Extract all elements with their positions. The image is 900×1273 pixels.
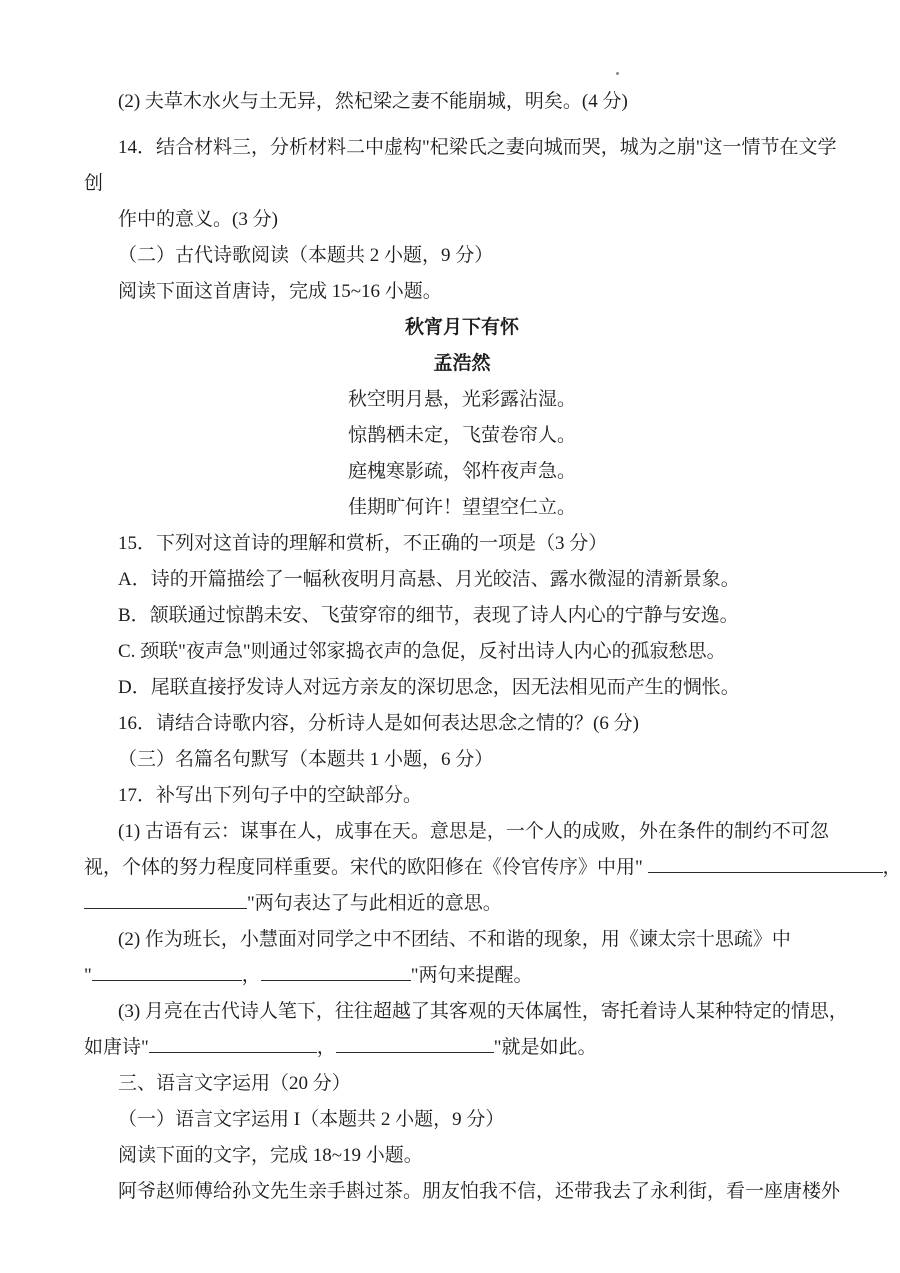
q15-option-a: A．诗的开篇描绘了一幅秋夜明月高悬、月光皎洁、露水微湿的清新景象。 [84,562,840,598]
q17-part3-answer-blank-2 [336,1035,494,1053]
q15-option-b: B．颔联通过惊鹊未安、飞萤穿帘的细节，表现了诗人内心的宁静与安逸。 [84,598,840,634]
q17-part2-answer-blank-1 [92,963,242,981]
poem-line-3: 庭槐寒影疏，邻杵夜声急。 [84,454,840,490]
q17-stem: 17．补写出下列句子中的空缺部分。 [84,778,840,814]
q14-stem-line3: 作中的意义。(3 分) [84,202,840,238]
q17-part1-line3: "两句表达了与此相近的意思。 [84,886,840,922]
q17-part1-line3-text: "两句表达了与此相近的意思。 [247,893,502,914]
q17-part3-answer-blank-1 [149,1035,317,1053]
poem-intro: 阅读下面这首唐诗，完成 15~16 小题。 [84,274,840,310]
q15-option-d: D．尾联直接抒发诗人对远方亲友的深切思念，因无法相见而产生的惆怅。 [84,670,840,706]
q17-part3-line2-text: "就是如此。 [494,1037,597,1058]
q17-part1-line2-text: 视，个体的努力程度同样重要。宋代的欧阳修在《伶官传序》中用" [84,857,648,878]
q17-part1-line1: (1) 古语有云：谋事在人，成事在天。意思是，一个人的成败，外在条件的制约不可忽 [84,814,840,850]
scan-artifact-dot [616,72,619,75]
q17-part2-line2: "，"两句来提醒。 [84,958,840,994]
section3-header: （三）名篇名句默写（本题共 1 小题，6 分） [84,742,840,778]
poem-line-1: 秋空明月悬，光彩露沾湿。 [84,382,840,418]
q17-part1-answer-blank-1 [648,855,883,873]
q17-part1-line2-comma: ， [883,857,900,878]
q17-part2-line1: (2) 作为班长，小慧面对同学之中不团结、不和谐的现象，用《谏太宗十思疏》中 [84,922,840,958]
q17-part2-answer-blank-2 [261,963,411,981]
q17-part1-line2: 视，个体的努力程度同样重要。宋代的欧阳修在《伶官传序》中用" ， [84,850,840,886]
part-one-header: （一）语言文字运用 I（本题共 2 小题，9 分） [84,1102,840,1138]
section2-header: （二）古代诗歌阅读（本题共 2 小题，9 分） [84,238,840,274]
q14-stem-line1: 14．结合材料三，分析材料二中虚构"杞梁氏之妻向城而哭，城为之崩"这一情节在文学 [84,130,840,166]
section-three-header: 三、语言文字运用（20 分） [84,1066,840,1102]
q17-part3-line1: (3) 月亮在古代诗人笔下，往往超越了其客观的天体属性，寄托着诗人某种特定的情思… [84,994,840,1030]
poem-line-2: 惊鹊栖未定，飞萤卷帘人。 [84,418,840,454]
poem-title: 秋宵月下有怀 [84,310,840,346]
q17-part3-line2: 如唐诗"，"就是如此。 [84,1030,840,1066]
q15-option-c: C. 颈联"夜声急"则通过邻家捣衣声的急促，反衬出诗人内心的孤寂愁思。 [84,634,840,670]
exam-paper-page: (2) 夫草木水火与土无异，然杞梁之妻不能崩城，明矣。(4 分) 14．结合材料… [0,0,900,1273]
q17-part2-line2-text: "两句来提醒。 [411,965,533,986]
q17-part3-line2-pre: 如唐诗" [84,1037,149,1058]
exam-content: (2) 夫草木水火与土无异，然杞梁之妻不能崩城，明矣。(4 分) 14．结合材料… [84,84,840,1210]
q14-stem-line2: 创 [84,166,840,202]
q17-part1-answer-blank-2 [84,891,247,909]
q15-stem: 15．下列对这首诗的理解和赏析，不正确的一项是（3 分） [84,526,840,562]
passage-line1: 阿爷赵师傅给孙文先生亲手斟过茶。朋友怕我不信，还带我去了永利街，看一座唐楼外 [84,1174,840,1210]
q16-stem: 16．请结合诗歌内容，分析诗人是如何表达思念之情的？(6 分) [84,706,840,742]
q17-part2-line2-comma: ， [242,965,261,986]
reading-intro: 阅读下面的文字，完成 18~19 小题。 [84,1138,840,1174]
poem-author: 孟浩然 [84,346,840,382]
q13-part2-line: (2) 夫草木水火与土无异，然杞梁之妻不能崩城，明矣。(4 分) [84,84,840,120]
poem-line-4: 佳期旷何许！望望空仁立。 [84,490,840,526]
q17-part2-open-quote: " [84,965,92,986]
q17-part3-line2-comma: ， [317,1037,336,1058]
